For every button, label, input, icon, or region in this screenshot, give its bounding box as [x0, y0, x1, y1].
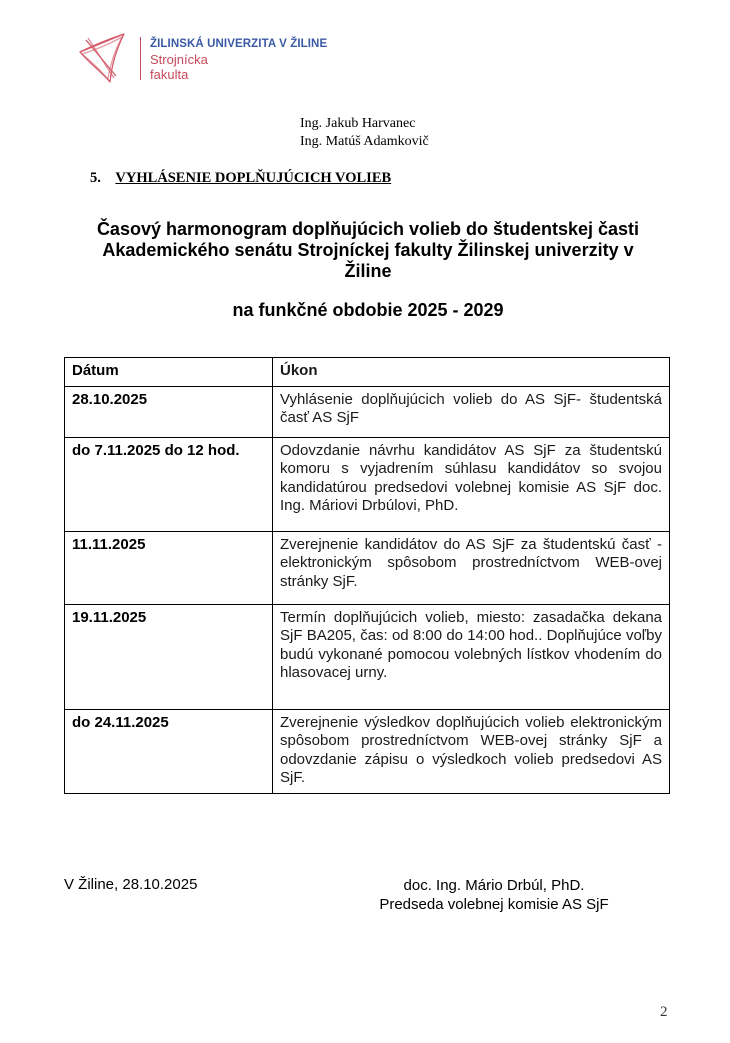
logo-divider [140, 37, 141, 80]
authors: Ing. Jakub Harvanec Ing. Matúš Adamkovič [300, 115, 429, 151]
table-row: 11.11.2025 Zverejnenie kandidátov do AS … [65, 531, 670, 604]
row-action: Termín doplňujúcich volieb, miesto: zasa… [273, 604, 670, 709]
table-row: 19.11.2025 Termín doplňujúcich volieb, m… [65, 604, 670, 709]
signer-name: doc. Ing. Mário Drbúl, PhD. [360, 876, 628, 895]
row-date: do 24.11.2025 [65, 709, 273, 793]
row-date: 11.11.2025 [65, 531, 273, 604]
row-action: Vyhlásenie doplňujúcich volieb do AS SjF… [273, 386, 670, 437]
author-2: Ing. Matúš Adamkovič [300, 133, 429, 151]
row-action: Zverejnenie kandidátov do AS SjF za štud… [273, 531, 670, 604]
title-line-2: Akademického senátu Strojníckej fakulty … [70, 240, 666, 261]
signature-block: doc. Ing. Mário Drbúl, PhD. Predseda vol… [360, 876, 628, 914]
table-row: 28.10.2025 Vyhlásenie doplňujúcich volie… [65, 386, 670, 437]
signer-role: Predseda volebnej komisie AS SjF [360, 895, 628, 914]
header-action: Úkon [273, 358, 670, 387]
faculty-name-line2: fakulta [150, 67, 208, 82]
place-and-date: V Žiline, 28.10.2025 [64, 876, 197, 893]
row-action: Zverejnenie výsledkov doplňujúcich volie… [273, 709, 670, 793]
table-row: do 24.11.2025 Zverejnenie výsledkov dopl… [65, 709, 670, 793]
university-name: ŽILINSKÁ UNIVERZITA V ŽILINE [150, 38, 327, 50]
section-heading: 5. VYHLÁSENIE DOPLŇUJÚCICH VOLIEB [90, 170, 391, 187]
schedule-table: Dátum Úkon 28.10.2025 Vyhlásenie doplňuj… [64, 357, 670, 794]
title-line-3: Žiline [70, 261, 666, 282]
document-title: Časový harmonogram doplňujúcich volieb d… [70, 219, 666, 282]
table-row: do 7.11.2025 do 12 hod. Odovzdanie návrh… [65, 437, 670, 531]
row-date: 19.11.2025 [65, 604, 273, 709]
section-number: 5. [90, 170, 112, 187]
row-action: Odovzdanie návrhu kandidátov AS SjF za š… [273, 437, 670, 531]
header-date: Dátum [65, 358, 273, 387]
university-star-logo-icon [76, 32, 128, 84]
row-date: 28.10.2025 [65, 386, 273, 437]
faculty-name-line1: Strojnícka [150, 52, 208, 67]
title-line-1: Časový harmonogram doplňujúcich volieb d… [70, 219, 666, 240]
section-title: VYHLÁSENIE DOPLŇUJÚCICH VOLIEB [115, 170, 391, 186]
author-1: Ing. Jakub Harvanec [300, 115, 429, 133]
table-header-row: Dátum Úkon [65, 358, 670, 387]
row-date: do 7.11.2025 do 12 hod. [65, 437, 273, 531]
faculty-name: Strojnícka fakulta [150, 52, 208, 82]
page-number: 2 [660, 1004, 668, 1021]
document-subtitle: na funkčné obdobie 2025 - 2029 [70, 300, 666, 321]
